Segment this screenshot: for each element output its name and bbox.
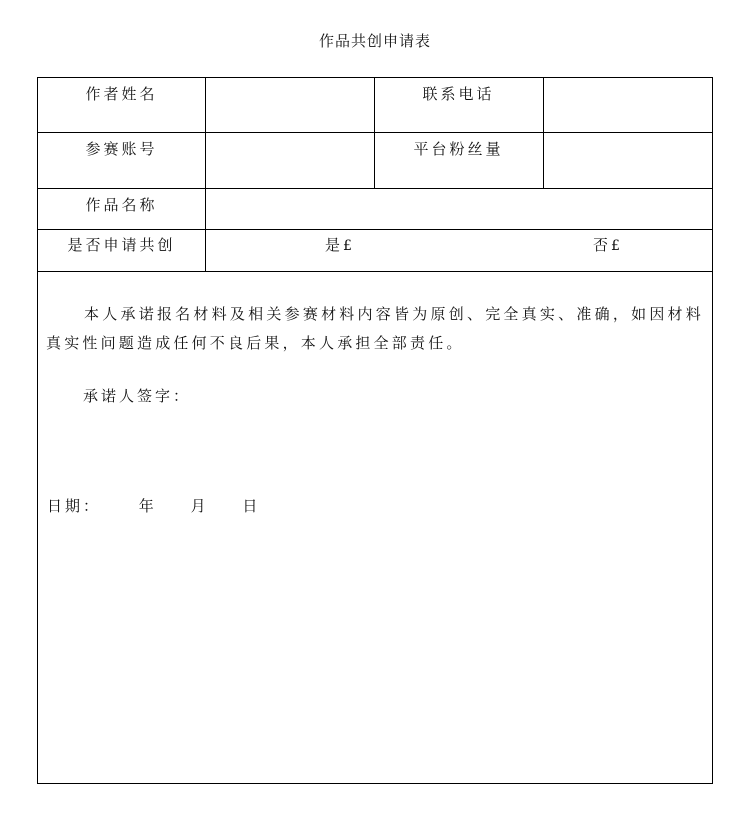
date-row: 日期： 年 月 日 (47, 495, 260, 516)
follower-count-field[interactable] (544, 134, 712, 187)
day-label: 日 (242, 495, 260, 516)
work-title-field[interactable] (206, 190, 712, 228)
application-form-table: 作者姓名 联系电话 参赛账号 平台粉丝量 作品名称 是否申请共创 是£ 否£ 本… (37, 77, 713, 784)
option-yes-label: 是 (325, 236, 343, 254)
signature-label: 承诺人签字： (83, 385, 191, 406)
author-name-field[interactable] (206, 78, 373, 131)
option-no-label: 否 (593, 236, 611, 254)
contact-phone-label: 联系电话 (375, 83, 542, 104)
document-title: 作品共创申请表 (0, 30, 735, 51)
checkbox-icon[interactable]: £ (611, 238, 620, 254)
follower-count-label: 平台粉丝量 (375, 138, 542, 159)
contest-account-field[interactable] (206, 134, 373, 187)
row-divider (38, 188, 712, 189)
row-divider (38, 229, 712, 230)
year-label: 年 (139, 495, 157, 516)
month-label: 月 (191, 495, 209, 516)
author-name-label: 作者姓名 (38, 83, 205, 104)
option-yes[interactable]: 是£ (325, 234, 352, 255)
option-no[interactable]: 否£ (593, 234, 620, 255)
date-label: 日期： (47, 495, 101, 516)
pledge-statement: 本人承诺报名材料及相关参赛材料内容皆为原创、完全真实、准确，如因材料真实性问题造… (46, 300, 704, 358)
work-title-label: 作品名称 (38, 194, 205, 215)
apply-co-creation-label: 是否申请共创 (38, 234, 205, 255)
checkbox-icon[interactable]: £ (343, 238, 352, 254)
row-divider (38, 271, 712, 272)
contact-phone-field[interactable] (544, 78, 712, 131)
row-divider (38, 132, 712, 133)
contest-account-label: 参赛账号 (38, 138, 205, 159)
